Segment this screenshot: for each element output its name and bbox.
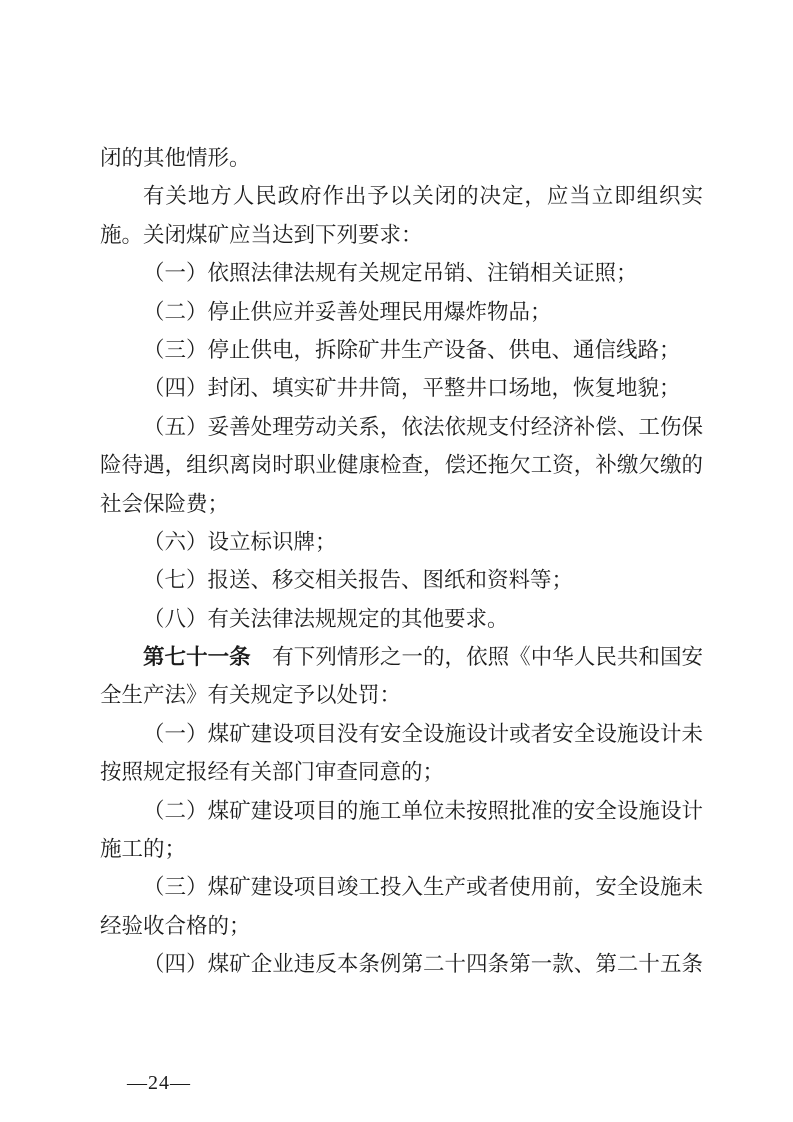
document-line-article-71: 第七十一条 有下列情形之一的，依照《中华人民共和国安 (100, 638, 703, 676)
article-number: 第七十一条 (143, 645, 251, 669)
document-line-item-2b: （二）煤矿建设项目的施工单位未按照批准的安全设施设计 (100, 792, 703, 830)
document-line-item-4: （四）封闭、填实矿井井筒，平整井口场地，恢复地貌； (100, 369, 703, 407)
document-page: 闭的其他情形。 有关地方人民政府作出予以关闭的决定，应当立即组织实 施。关闭煤矿… (0, 0, 793, 1122)
document-line-item-1: （一）依照法律法规有关规定吊销、注销相关证照； (100, 254, 703, 292)
document-line-item-4b: （四）煤矿企业违反本条例第二十四条第一款、第二十五条 (100, 945, 703, 983)
document-line: 按照规定报经有关部门审查同意的； (100, 753, 703, 791)
document-line-item-1b: （一）煤矿建设项目没有安全设施设计或者安全设施设计未 (100, 715, 703, 753)
document-line: 有关地方人民政府作出予以关闭的决定，应当立即组织实 (100, 177, 703, 215)
document-line-item-3: （三）停止供电，拆除矿井生产设备、供电、通信线路； (100, 331, 703, 369)
document-line: 社会保险费； (100, 485, 703, 523)
document-line: 施。关闭煤矿应当达到下列要求： (100, 216, 703, 254)
article-text: 有下列情形之一的，依照《中华人民共和国安 (251, 645, 703, 669)
document-line: 险待遇，组织离岗时职业健康检查，偿还拖欠工资，补缴欠缴的 (100, 446, 703, 484)
document-line-item-2: （二）停止供应并妥善处理民用爆炸物品； (100, 293, 703, 331)
document-line: 经验收合格的； (100, 907, 703, 945)
document-line: 全生产法》有关规定予以处罚： (100, 676, 703, 714)
document-line-item-7: （七）报送、移交相关报告、图纸和资料等； (100, 561, 703, 599)
page-number: —24— (127, 1068, 191, 1098)
document-line-item-8: （八）有关法律法规规定的其他要求。 (100, 600, 703, 638)
document-line-item-3b: （三）煤矿建设项目竣工投入生产或者使用前，安全设施未 (100, 868, 703, 906)
document-body: 闭的其他情形。 有关地方人民政府作出予以关闭的决定，应当立即组织实 施。关闭煤矿… (100, 139, 703, 984)
document-line: 闭的其他情形。 (100, 139, 703, 177)
document-line-item-6: （六）设立标识牌； (100, 523, 703, 561)
document-line-item-5: （五）妥善处理劳动关系，依法依规支付经济补偿、工伤保 (100, 408, 703, 446)
document-line: 施工的； (100, 830, 703, 868)
